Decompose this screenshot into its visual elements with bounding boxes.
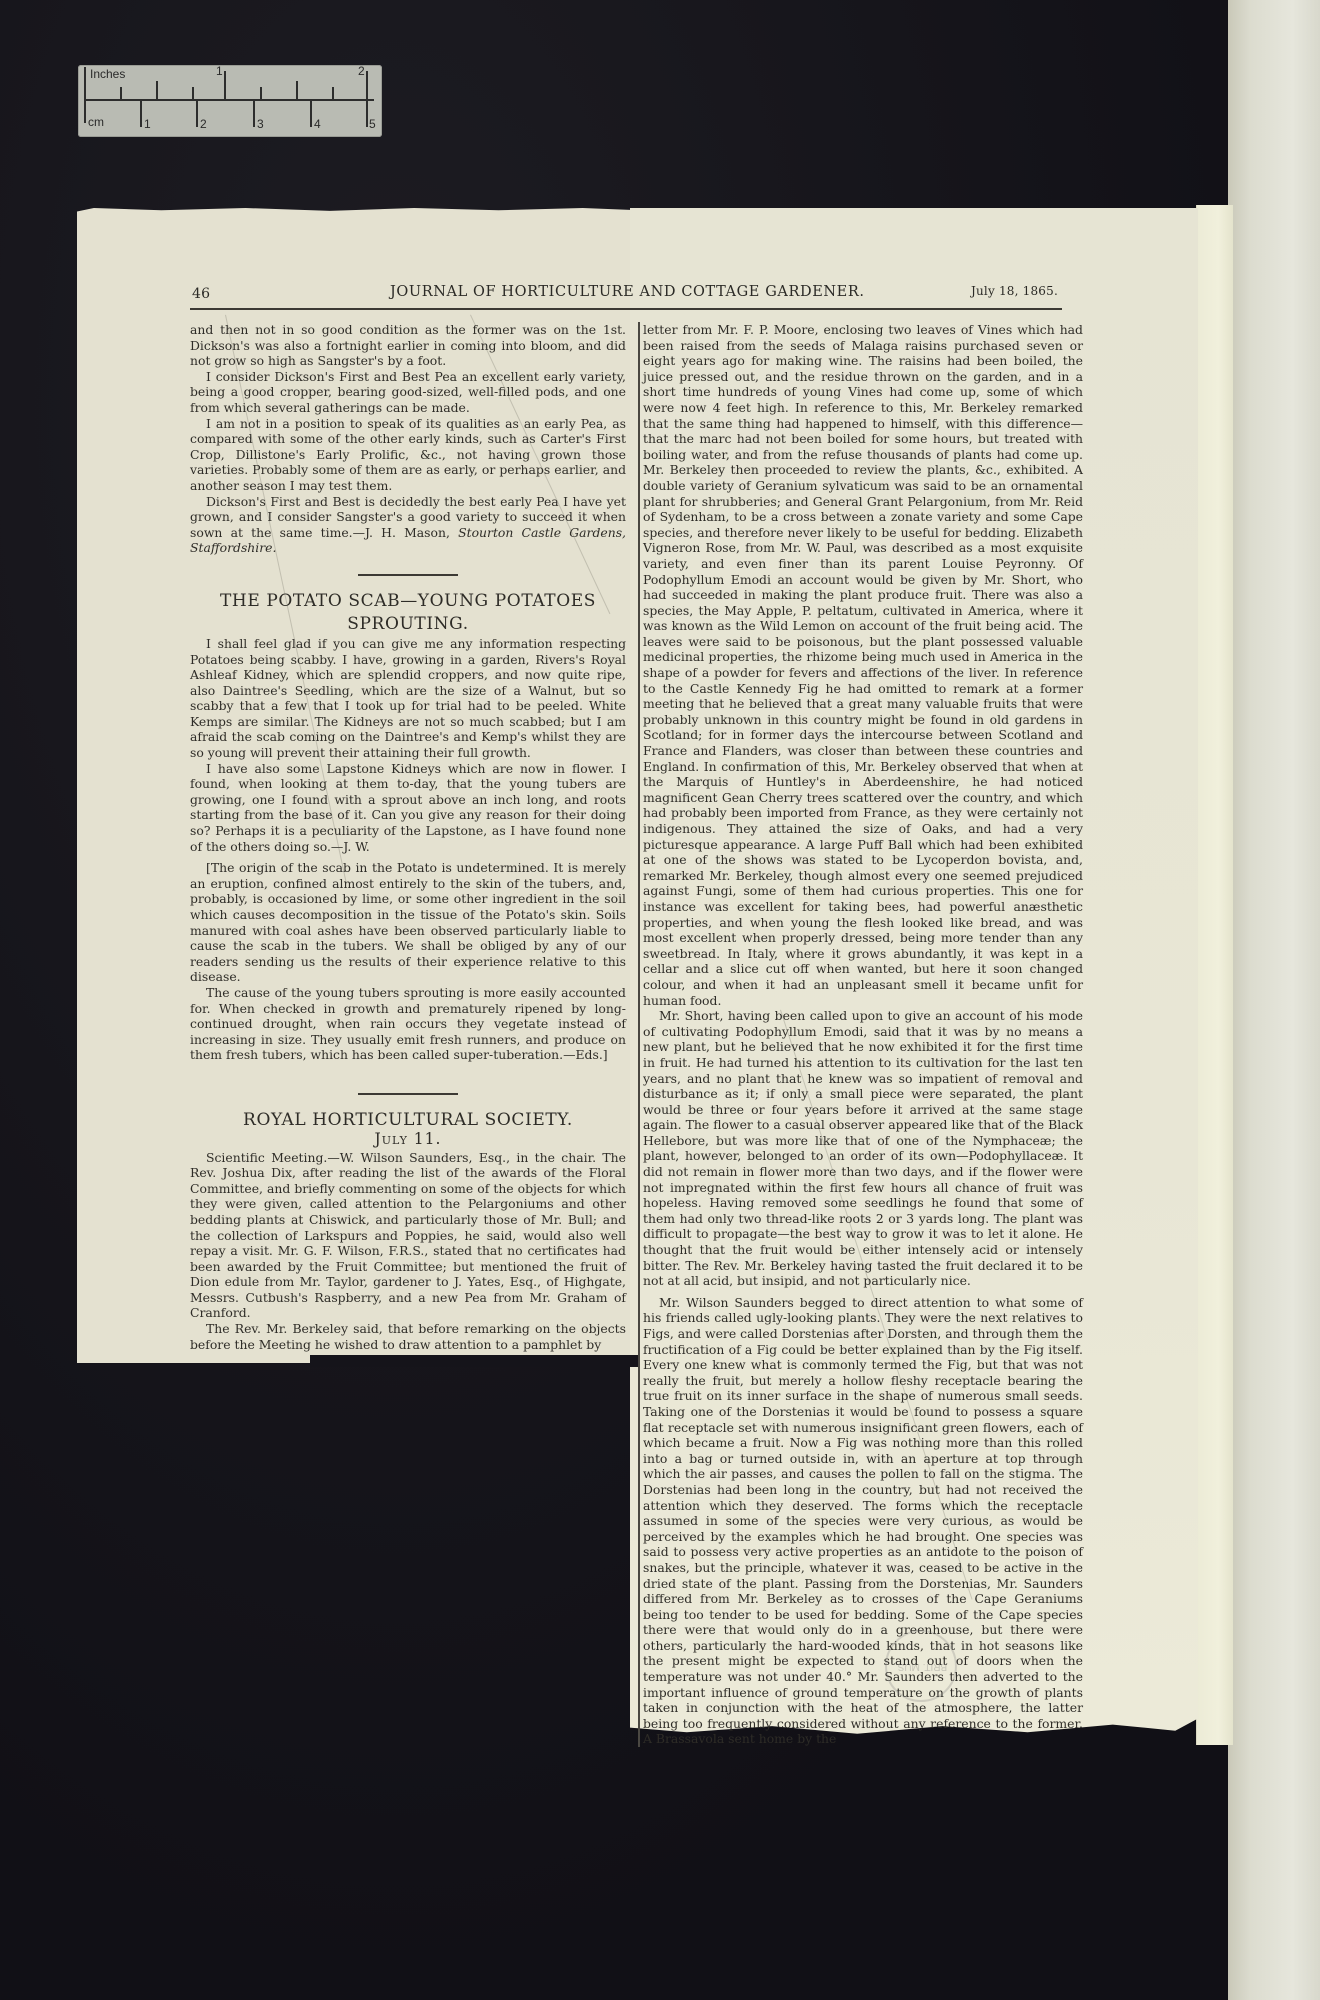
paragraph: letter from Mr. F. P. Moore, enclosing t… <box>643 322 1083 1008</box>
ruler-tick <box>296 81 298 99</box>
paragraph: I shall feel glad if you can give me any… <box>190 636 626 761</box>
editor-note: [The origin of the scab in the Potato is… <box>190 860 626 985</box>
ruler-cm-mark: 1 <box>144 117 151 131</box>
header-rule <box>190 308 1062 310</box>
ruler-tick <box>366 101 368 127</box>
article-title-line: THE POTATO SCAB—YOUNG POTATOES <box>190 592 626 611</box>
ruler-tick <box>366 71 368 99</box>
running-head: 46 JOURNAL OF HORTICULTURE AND COTTAGE G… <box>190 284 1060 304</box>
ruler-inch-mark: 1 <box>216 64 223 78</box>
book-page-edge <box>1228 0 1320 2000</box>
ruler-tick <box>253 101 255 127</box>
paragraph: The Rev. Mr. Berkeley said, that before … <box>190 1321 626 1352</box>
left-column: and then not in so good condition as the… <box>190 322 626 1352</box>
paragraph: Scientific Meeting.—W. Wilson Saunders, … <box>190 1150 626 1322</box>
ruler-tick <box>120 87 122 99</box>
section-divider <box>358 1093 458 1095</box>
right-column: letter from Mr. F. P. Moore, enclosing t… <box>638 322 1083 1747</box>
article-title-line: SPROUTING. <box>190 615 626 634</box>
issue-date: July 18, 1865. <box>971 284 1058 298</box>
ruler-baseline <box>86 99 374 101</box>
paragraph: Mr. Short, having been called upon to gi… <box>643 1008 1083 1289</box>
meeting-date: July 11. <box>190 1132 626 1148</box>
scale-ruler: Inches 1 2 cm 1 2 3 4 5 <box>78 65 382 137</box>
paragraph: and then not in so good condition as the… <box>190 322 626 369</box>
paragraph: Mr. Wilson Saunders begged to direct att… <box>643 1295 1083 1747</box>
journal-title: JOURNAL OF HORTICULTURE AND COTTAGE GARD… <box>390 284 865 300</box>
section-divider <box>358 574 458 576</box>
ruler-tick <box>192 87 194 99</box>
ruler-tick <box>332 87 334 99</box>
ruler-tick <box>156 81 158 99</box>
paragraph: I consider Dickson's First and Best Pea … <box>190 369 626 416</box>
article-title: ROYAL HORTICULTURAL SOCIETY. <box>190 1111 626 1130</box>
ruler-tick <box>140 101 142 127</box>
ruler-tick <box>310 101 312 127</box>
paragraph: I have also some Lapstone Kidneys which … <box>190 761 626 855</box>
ruler-cm-mark: 2 <box>200 117 207 131</box>
editor-note: The cause of the young tubers sprouting … <box>190 985 626 1063</box>
mount-card-edge <box>1196 205 1233 1745</box>
ruler-tick <box>84 67 86 123</box>
library-stamp: BRIT. MUS. <box>885 1630 957 1702</box>
paragraph: Dickson's First and Best is decidedly th… <box>190 494 626 556</box>
ruler-cm-mark: 4 <box>314 117 321 131</box>
ruler-cm-label: cm <box>88 115 104 129</box>
ruler-cm-mark: 5 <box>369 117 376 131</box>
ruler-tick <box>196 101 198 127</box>
ruler-inches-label: Inches <box>90 67 125 81</box>
ruler-inch-mark: 2 <box>358 64 365 78</box>
ruler-tick <box>260 87 262 99</box>
page-number: 46 <box>192 286 210 302</box>
ruler-tick <box>224 71 226 99</box>
ruler-cm-mark: 3 <box>257 117 264 131</box>
torn-edge-mask <box>310 1355 640 1367</box>
